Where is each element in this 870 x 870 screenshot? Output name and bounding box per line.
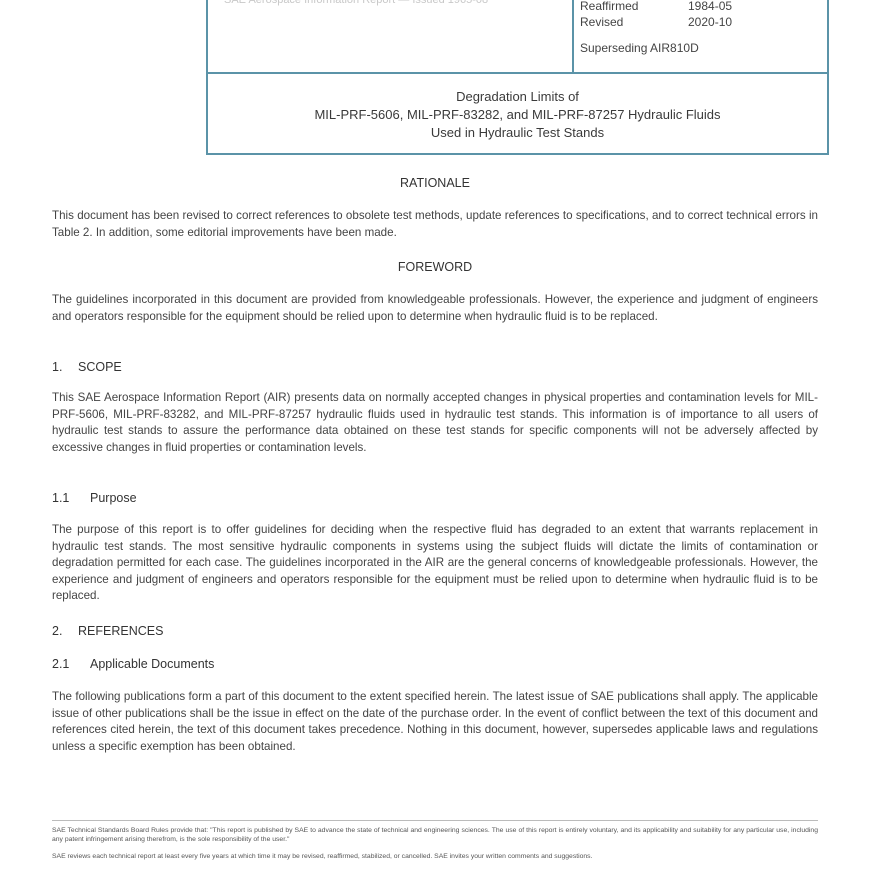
section-number: 1. xyxy=(52,360,78,374)
document-title: Degradation Limits of MIL-PRF-5606, MIL-… xyxy=(208,88,827,142)
rationale-heading: RATIONALE xyxy=(0,176,870,190)
footer-divider xyxy=(52,820,818,821)
revised-date: 2020-10 xyxy=(688,14,732,30)
applicable-documents-text: The following publications form a part o… xyxy=(52,689,818,755)
header-top-panel: SAE Aerospace Information Report — Issue… xyxy=(208,0,827,74)
section-number: 1.1 xyxy=(52,491,90,505)
section-heading-purpose: 1.1Purpose xyxy=(52,491,137,505)
purpose-text: The purpose of this report is to offer g… xyxy=(52,522,818,605)
header-divider xyxy=(572,0,574,72)
title-line: Used in Hydraulic Test Stands xyxy=(208,124,827,142)
section-heading-scope: 1.SCOPE xyxy=(52,360,122,374)
revised-label: Revised xyxy=(580,14,688,30)
section-title: SCOPE xyxy=(78,360,122,374)
footer-review-note: SAE reviews each technical report at lea… xyxy=(52,852,818,861)
footer-disclaimer: SAE Technical Standards Board Rules prov… xyxy=(52,826,818,844)
rationale-text: This document has been revised to correc… xyxy=(52,208,818,241)
title-line: Degradation Limits of xyxy=(208,88,827,106)
section-title: Purpose xyxy=(90,491,137,505)
title-line: MIL-PRF-5606, MIL-PRF-83282, and MIL-PRF… xyxy=(208,106,827,124)
reaffirmed-label: Reaffirmed xyxy=(580,0,688,14)
section-title: Applicable Documents xyxy=(90,657,214,671)
foreword-heading: FOREWORD xyxy=(0,260,870,274)
section-heading-references: 2.REFERENCES xyxy=(52,624,163,638)
section-heading-applicable-documents: 2.1Applicable Documents xyxy=(52,657,214,671)
scope-text: This SAE Aerospace Information Report (A… xyxy=(52,390,818,456)
revised-row: Revised 2020-10 xyxy=(580,14,732,30)
document-header-box: SAE Aerospace Information Report — Issue… xyxy=(206,0,829,155)
header-faint-text: SAE Aerospace Information Report — Issue… xyxy=(224,0,488,6)
document-dates: Reaffirmed 1984-05 Revised 2020-10 Super… xyxy=(580,0,732,56)
section-title: REFERENCES xyxy=(78,624,163,638)
reaffirmed-date: 1984-05 xyxy=(688,0,732,14)
section-number: 2. xyxy=(52,624,78,638)
section-number: 2.1 xyxy=(52,657,90,671)
superseding-note: Superseding AIR810D xyxy=(580,40,732,56)
reaffirmed-row: Reaffirmed 1984-05 xyxy=(580,0,732,14)
foreword-text: The guidelines incorporated in this docu… xyxy=(52,292,818,325)
